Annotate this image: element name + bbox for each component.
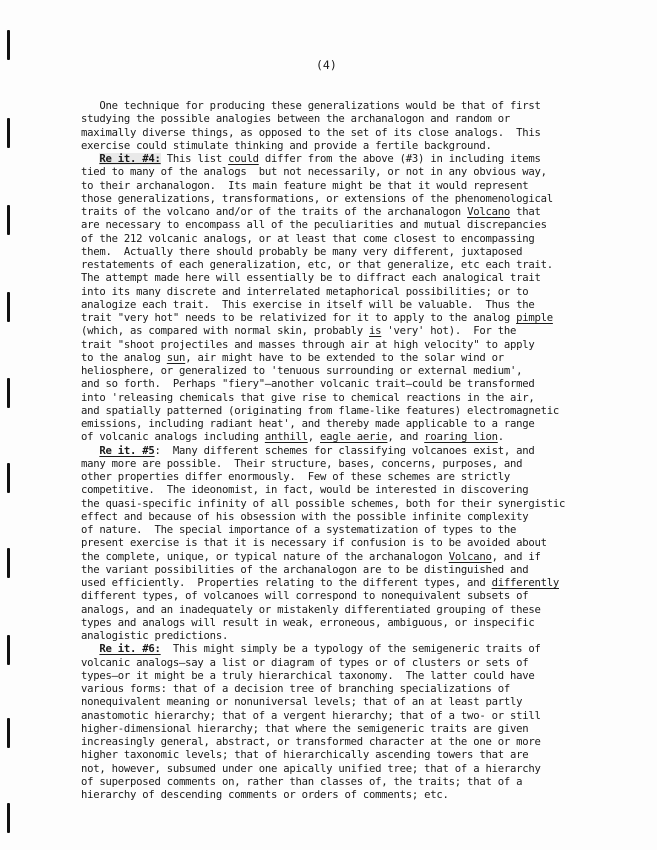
emphasized-text: differently: [492, 577, 559, 589]
text-line: various forms: that of a decision tree o…: [81, 683, 651, 696]
text-run: many more are possible. Their structure,…: [81, 458, 522, 470]
text-line: the variant possibilities of the archana…: [81, 564, 651, 577]
text-line: present exercise is that it is necessary…: [81, 537, 651, 550]
text-line: to the analog sun, air might have to be …: [81, 352, 651, 365]
text-run: of volcanic analogs including: [81, 431, 265, 443]
text-line: emissions, including radiant heat', and …: [81, 418, 651, 431]
text-line: many more are possible. Their structure,…: [81, 458, 651, 471]
text-line: and spatially patterned (originating fro…: [81, 405, 651, 418]
text-run: hierarchy of descending comments or orde…: [81, 789, 449, 801]
text-line: the quasi-specific infinity of all possi…: [81, 498, 651, 511]
emphasized-text: anthill: [265, 431, 308, 443]
text-line: used efficiently. Properties relating to…: [81, 577, 651, 590]
text-run: emissions, including radiant heat', and …: [81, 418, 534, 430]
emphasized-text: sun: [167, 352, 185, 364]
text-run: nonequivalent meaning or nonuniversal le…: [81, 696, 522, 708]
text-line: restatements of each generalization, etc…: [81, 259, 651, 272]
text-run: higher taxonomic levels; that of hierarc…: [81, 749, 528, 761]
text-run: increasingly general, abstract, or trans…: [81, 736, 541, 748]
text-run: anastomotic hierarchy; that of a vergent…: [81, 710, 541, 722]
text-line: analogs, and an inadequately or mistaken…: [81, 604, 651, 617]
text-run: are necessary to encompass all of the pe…: [81, 219, 547, 231]
text-run: types and analogs will result in weak, e…: [81, 617, 534, 629]
text-run: effect and because of his obsession with…: [81, 511, 528, 523]
binder-margin-mark: [7, 548, 10, 578]
text-run: analogs, and an inadequately or mistaken…: [81, 604, 541, 616]
text-run: The attempt made here will essentially b…: [81, 272, 541, 284]
text-line: One technique for producing these genera…: [81, 100, 651, 113]
text-line: different types, of volcanoes will corre…: [81, 590, 651, 603]
text-run: restatements of each generalization, etc…: [81, 259, 553, 271]
text-run: types—or it might be a truly hierarchica…: [81, 670, 534, 682]
text-run: into its many discrete and interrelated …: [81, 286, 528, 298]
emphasized-text: could: [228, 153, 259, 165]
binder-margin-mark: [7, 635, 10, 665]
text-line: are necessary to encompass all of the pe…: [81, 219, 651, 232]
text-line: The attempt made here will essentially b…: [81, 272, 651, 285]
emphasized-text: eagle aerie: [320, 431, 387, 443]
text-run: other properties differ enormously. Few …: [81, 471, 510, 483]
text-run: various forms: that of a decision tree o…: [81, 683, 510, 695]
text-line: those generalizations, transformations, …: [81, 193, 651, 206]
text-line: (which, as compared with normal skin, pr…: [81, 325, 651, 338]
text-line: maximally diverse things, as opposed to …: [81, 127, 651, 140]
text-run: and so forth. Perhaps "fiery"—another vo…: [81, 378, 534, 390]
text-run: used efficiently. Properties relating to…: [81, 577, 492, 589]
emphasized-text: Re it. #5: [99, 445, 154, 457]
text-run: not, however, subsumed under one apicall…: [81, 763, 541, 775]
text-line: into 'releasing chemicals that give rise…: [81, 392, 651, 405]
text-line: Re it. #6: This might simply be a typolo…: [81, 643, 651, 656]
text-run: [81, 643, 99, 655]
text-line: them. Actually there should probably be …: [81, 246, 651, 259]
text-run: .: [498, 431, 504, 443]
text-run: the complete, unique, or typical nature …: [81, 551, 449, 563]
binder-margin-mark: [7, 463, 10, 493]
text-line: competitive. The ideonomist, in fact, wo…: [81, 484, 651, 497]
binder-margin-mark: [7, 803, 10, 833]
text-run: of nature. The special importance of a s…: [81, 524, 516, 536]
text-line: increasingly general, abstract, or trans…: [81, 736, 651, 749]
text-line: traits of the volcano and/or of the trai…: [81, 206, 651, 219]
text-line: higher taxonomic levels; that of hierarc…: [81, 749, 651, 762]
text-line: other properties differ enormously. Few …: [81, 471, 651, 484]
binder-margin-mark: [7, 205, 10, 235]
text-run: [81, 445, 99, 457]
text-run: competitive. The ideonomist, in fact, wo…: [81, 484, 528, 496]
binder-margin-mark: [7, 378, 10, 408]
text-run: to their archanalogon. Its main feature …: [81, 180, 528, 192]
text-line: analogize each trait. This exercise in i…: [81, 299, 651, 312]
emphasized-text: pimple: [516, 312, 553, 324]
page-number: (4): [316, 58, 337, 72]
text-run: exercise could stimulate thinking and pr…: [81, 140, 492, 152]
text-run: ,: [308, 431, 320, 443]
text-run: higher-dimensional hierarchy; that where…: [81, 723, 528, 735]
text-run: This list: [161, 153, 228, 165]
text-run: analogistic predictions.: [81, 630, 228, 642]
text-run: present exercise is that it is necessary…: [81, 537, 547, 549]
text-run: and spatially patterned (originating fro…: [81, 405, 559, 417]
text-run: , and if: [492, 551, 541, 563]
text-line: hierarchy of descending comments or orde…: [81, 789, 651, 802]
text-line: Re it. #4: This list could differ from t…: [81, 153, 651, 166]
text-line: of nature. The special importance of a s…: [81, 524, 651, 537]
text-run: them. Actually there should probably be …: [81, 246, 522, 258]
text-run: into 'releasing chemicals that give rise…: [81, 392, 534, 404]
document-page: (4) One technique for producing these ge…: [0, 0, 657, 850]
emphasized-text: roaring lion: [424, 431, 498, 443]
text-line: Re it. #5: Many different schemes for cl…: [81, 445, 651, 458]
text-run: the variant possibilities of the archana…: [81, 564, 528, 576]
binder-margin-mark: [7, 118, 10, 148]
emphasized-text: is: [369, 325, 381, 337]
text-run: heliosphere, or generalized to 'tenuous …: [81, 365, 522, 377]
text-run: [81, 153, 99, 165]
text-run: , and: [387, 431, 424, 443]
text-line: into its many discrete and interrelated …: [81, 286, 651, 299]
emphasized-text: Re it. #6:: [99, 643, 160, 655]
text-run: studying the possible analogies between …: [81, 113, 510, 125]
text-line: volcanic analogs—say a list or diagram o…: [81, 657, 651, 670]
text-run: tied to many of the analogs but not nece…: [81, 166, 547, 178]
text-line: of volcanic analogs including anthill, e…: [81, 431, 651, 444]
text-line: trait "shoot projectiles and masses thro…: [81, 339, 651, 352]
text-run: 'very' hot). For the: [381, 325, 516, 337]
text-run: : Many different schemes for classifying…: [155, 445, 535, 457]
binder-margin-mark: [7, 718, 10, 748]
binder-margin-mark: [7, 30, 10, 60]
emphasized-text: Volcano: [449, 551, 492, 563]
binder-margin-mark: [7, 292, 10, 322]
text-line: nonequivalent meaning or nonuniversal le…: [81, 696, 651, 709]
text-run: (which, as compared with normal skin, pr…: [81, 325, 369, 337]
text-run: This might simply be a typology of the s…: [161, 643, 541, 655]
text-line: the complete, unique, or typical nature …: [81, 551, 651, 564]
text-line: exercise could stimulate thinking and pr…: [81, 140, 651, 153]
text-run: differ from the above (#3) in including …: [259, 153, 541, 165]
text-line: not, however, subsumed under one apicall…: [81, 763, 651, 776]
text-line: heliosphere, or generalized to 'tenuous …: [81, 365, 651, 378]
text-run: to the analog: [81, 352, 167, 364]
text-run: One technique for producing these genera…: [81, 100, 541, 112]
text-line: effect and because of his obsession with…: [81, 511, 651, 524]
text-run: that: [510, 206, 541, 218]
text-line: studying the possible analogies between …: [81, 113, 651, 126]
document-body: One technique for producing these genera…: [81, 100, 651, 802]
text-line: to their archanalogon. Its main feature …: [81, 180, 651, 193]
text-line: analogistic predictions.: [81, 630, 651, 643]
emphasized-text: Volcano: [467, 206, 510, 218]
text-run: volcanic analogs—say a list or diagram o…: [81, 657, 528, 669]
text-run: , air might have to be extended to the s…: [185, 352, 504, 364]
text-line: higher-dimensional hierarchy; that where…: [81, 723, 651, 736]
text-line: trait "very hot" needs to be relativized…: [81, 312, 651, 325]
text-line: types—or it might be a truly hierarchica…: [81, 670, 651, 683]
emphasized-text: Re it. #4:: [99, 153, 160, 165]
text-run: the quasi-specific infinity of all possi…: [81, 498, 565, 510]
text-line: anastomotic hierarchy; that of a vergent…: [81, 710, 651, 723]
text-run: analogize each trait. This exercise in i…: [81, 299, 534, 311]
text-line: tied to many of the analogs but not nece…: [81, 166, 651, 179]
text-run: of superposed comments on, rather than c…: [81, 776, 522, 788]
text-run: trait "shoot projectiles and masses thro…: [81, 339, 534, 351]
text-line: and so forth. Perhaps "fiery"—another vo…: [81, 378, 651, 391]
text-run: of the 212 volcanic analogs, or at least…: [81, 233, 534, 245]
text-run: those generalizations, transformations, …: [81, 193, 553, 205]
text-line: of superposed comments on, rather than c…: [81, 776, 651, 789]
text-run: maximally diverse things, as opposed to …: [81, 127, 541, 139]
text-run: traits of the volcano and/or of the trai…: [81, 206, 467, 218]
text-line: types and analogs will result in weak, e…: [81, 617, 651, 630]
text-line: of the 212 volcanic analogs, or at least…: [81, 233, 651, 246]
text-run: different types, of volcanoes will corre…: [81, 590, 528, 602]
text-run: trait "very hot" needs to be relativized…: [81, 312, 516, 324]
